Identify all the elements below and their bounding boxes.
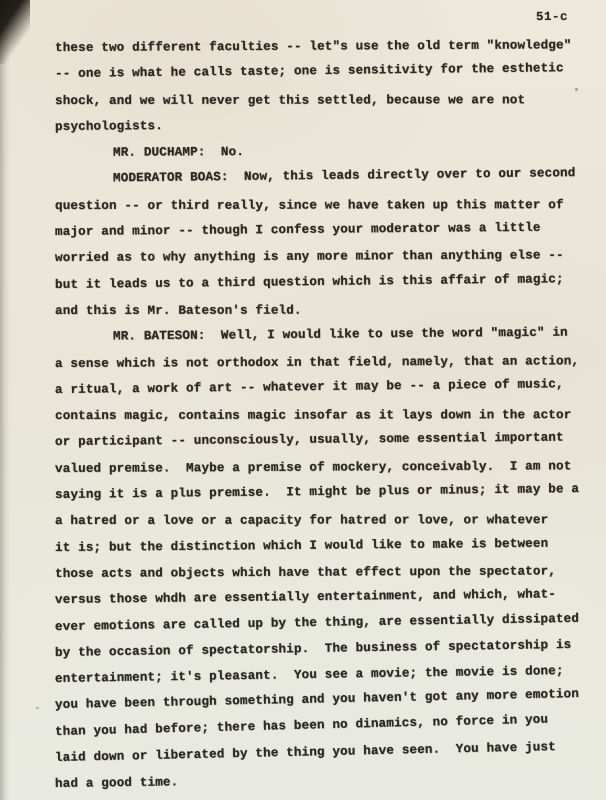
- typed-line: saying it is a plus premise. It might be…: [55, 476, 590, 508]
- paper-speck: [36, 707, 39, 709]
- typed-line: major and minor -- though I confess your…: [55, 214, 590, 245]
- typed-line: but it leads us to a third question whic…: [55, 266, 590, 298]
- scanned-page: 51-c these two different faculties -- le…: [0, 0, 606, 800]
- typed-line: it is; but the distinction which I would…: [55, 530, 590, 561]
- scan-edge-shadow: [0, 0, 10, 800]
- typed-line: MR. BATESON: Well, I would like to use t…: [55, 320, 590, 351]
- typed-line: -- one is what he calls taste; one is se…: [55, 55, 590, 87]
- scan-corner-tear: [0, 0, 30, 64]
- transcript-text: these two different faculties -- let"s u…: [55, 35, 590, 798]
- typed-line: had a good time.: [55, 764, 590, 798]
- typed-line: a ritual, a work of art -- whatever it m…: [55, 371, 590, 403]
- typed-line: MODERATOR BOAS: Now, this leads directly…: [55, 160, 590, 192]
- typed-line: or participant -- unconsciously, usually…: [55, 425, 590, 456]
- typed-line: psychologists.: [55, 109, 590, 140]
- page-number: 51-c: [536, 10, 568, 24]
